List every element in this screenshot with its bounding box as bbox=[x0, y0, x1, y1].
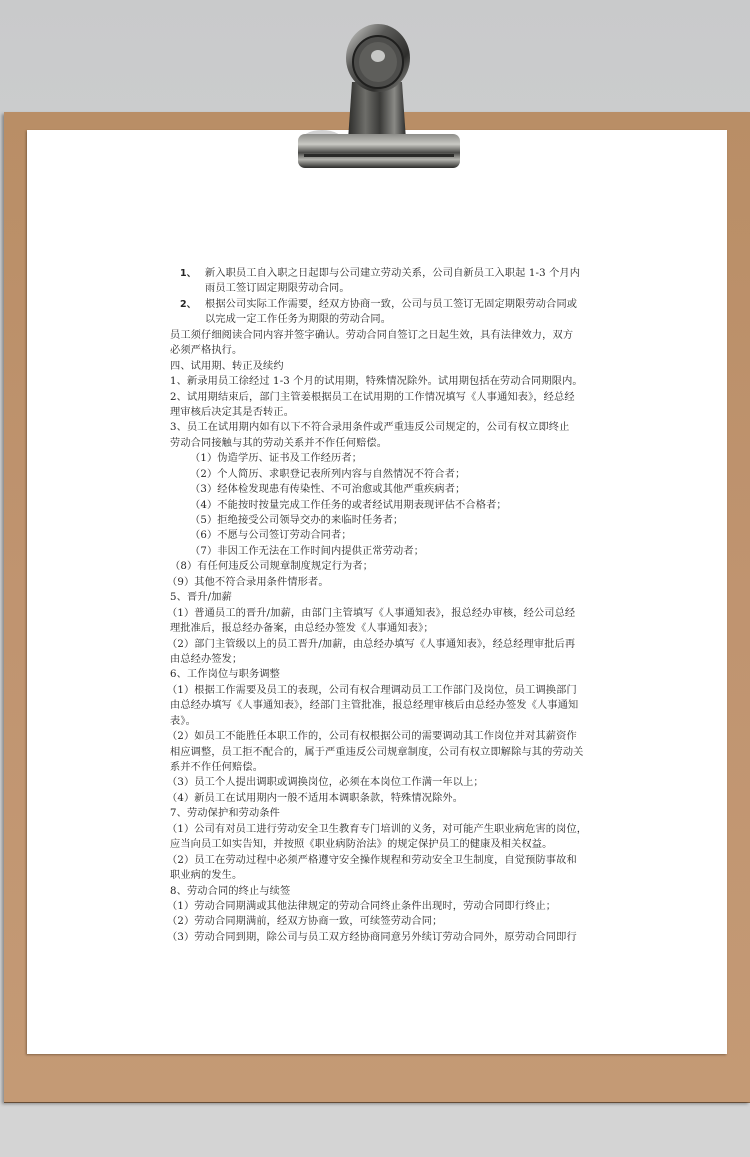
paragraph-line: 相应调整，员工拒不配合的，属于严重违反公司规章制度，公司有权立即解除与其的劳动关 bbox=[165, 745, 585, 760]
section-heading: 5、晋升/加薪 bbox=[165, 590, 585, 605]
document-content: 1、 新入职员工自入职之日起即与公司建立劳动关系，公司自新员工入职起 1-3 个… bbox=[165, 266, 585, 945]
paragraph-line: （2）如员工不能胜任本职工作的，公司有权根据公司的需要调动其工作岗位并对其薪资作 bbox=[165, 729, 585, 744]
paragraph-line: 由总经办签发； bbox=[165, 652, 585, 667]
condition-item: （7）非因工作无法在工作时间内提供正常劳动者； bbox=[165, 544, 585, 559]
binder-clip-icon bbox=[292, 22, 462, 170]
condition-item: （2）个人简历、求职登记表所列内容与自然情况不符合者； bbox=[165, 467, 585, 482]
paragraph-line: （2）员工在劳动过程中必须严格遵守安全操作规程和劳动安全卫生制度，自觉预防事故和 bbox=[165, 853, 585, 868]
paragraph-line: 应当向员工如实告知，并按照《职业病防治法》的规定保护员工的健康及相关权益。 bbox=[165, 837, 585, 852]
condition-item: （5）拒绝接受公司领导交办的来临时任务者； bbox=[165, 513, 585, 528]
condition-item: （9）其他不符合录用条件情形者。 bbox=[165, 575, 585, 590]
item-number: 2、 bbox=[165, 297, 205, 328]
section-heading: 6、工作岗位与职务调整 bbox=[165, 667, 585, 682]
section-heading: 7、劳动保护和劳动条件 bbox=[165, 806, 585, 821]
condition-item: （4）不能按时按量完成工作任务的或者经试用期表现评估不合格者； bbox=[165, 498, 585, 513]
paragraph-line: 理批准后，报总经办备案，由总经办签发《人事通知表》； bbox=[165, 621, 585, 636]
paragraph-line: 1、新录用员工徐经过 1-3 个月的试用期，特殊情况除外。试用期包括在劳动合同期… bbox=[165, 374, 585, 389]
intro-note: 员工须仔细阅读合同内容并签字确认。劳动合同自签订之日起生效，具有法律效力，双方 bbox=[165, 328, 585, 343]
section-heading: 四、试用期、转正及续约 bbox=[165, 359, 585, 374]
text-line: 以完成一定工作任务为期限的劳动合同。 bbox=[205, 312, 577, 327]
section-heading: 8、劳动合同的终止与续签 bbox=[165, 884, 585, 899]
text-line: 根据公司实际工作需要，经双方协商一致，公司与员工签订无固定期限劳动合同或 bbox=[205, 297, 577, 312]
paragraph-line: （1）劳动合同期满或其他法律规定的劳动合同终止条件出现时，劳动合同即行终止； bbox=[165, 899, 585, 914]
paragraph-line: 由总经办填写《人事通知表》，经部门主管批准，报总经理审核后由总经办签发《人事通知 bbox=[165, 698, 585, 713]
paragraph-line: 表》。 bbox=[165, 714, 585, 729]
paragraph-line: （1）普通员工的晋升/加薪，由部门主管填写《人事通知表》，报总经办审核，经公司总… bbox=[165, 606, 585, 621]
paragraph-line: （3）劳动合同到期，除公司与员工双方经协商同意另外续订劳动合同外，原劳动合同即行 bbox=[165, 930, 585, 945]
paragraph-line: 职业病的发生。 bbox=[165, 868, 585, 883]
condition-item: （3）经体检发现患有传染性、不可治愈或其他严重疾病者； bbox=[165, 482, 585, 497]
condition-item: （6）不愿与公司签订劳动合同者； bbox=[165, 528, 585, 543]
paragraph-line: （1）根据工作需要及员工的表现，公司有权合理调动员工工作部门及岗位，员工调换部门 bbox=[165, 683, 585, 698]
paragraph-line: （3）员工个人提出调职或调换岗位，必须在本岗位工作满一年以上； bbox=[165, 775, 585, 790]
intro-item-2: 2、 根据公司实际工作需要，经双方协商一致，公司与员工签订无固定期限劳动合同或 … bbox=[165, 297, 585, 328]
paragraph-line: （2）劳动合同期满前，经双方协商一致，可续签劳动合同； bbox=[165, 914, 585, 929]
paragraph-line: 劳动合同接触与其的劳动关系并不作任何赔偿。 bbox=[165, 436, 585, 451]
paragraph-line: 系并不作任何赔偿。 bbox=[165, 760, 585, 775]
condition-item: （1）伪造学历、证书及工作经历者； bbox=[165, 451, 585, 466]
intro-item-1: 1、 新入职员工自入职之日起即与公司建立劳动关系，公司自新员工入职起 1-3 个… bbox=[165, 266, 585, 297]
intro-note: 必须严格执行。 bbox=[165, 343, 585, 358]
paragraph-line: （1）公司有对员工进行劳动安全卫生教育专门培训的义务，对可能产生职业病危害的岗位… bbox=[165, 822, 585, 837]
paragraph-line: 3、员工在试用期内如有以下不符合录用条件或严重违反公司规定的，公司有权立即终止 bbox=[165, 420, 585, 435]
text-line: 雨员工签订固定期限劳动合同。 bbox=[205, 281, 580, 296]
paragraph-line: 理审核后决定其是否转正。 bbox=[165, 405, 585, 420]
paragraph-line: （2）部门主管级以上的员工晋升/加薪，由总经办填写《人事通知表》，经总经理审批后… bbox=[165, 637, 585, 652]
text-line: 新入职员工自入职之日起即与公司建立劳动关系，公司自新员工入职起 1-3 个月内 bbox=[205, 266, 580, 281]
paragraph-line: 2、试用期结束后，部门主管姜根据员工在试用期的工作情况填写《人事通知表》，经总经 bbox=[165, 390, 585, 405]
paragraph-line: （4）新员工在试用期内一般不适用本调职条款，特殊情况除外。 bbox=[165, 791, 585, 806]
item-number: 1、 bbox=[165, 266, 205, 297]
condition-item: （8）有任何违反公司规章制度规定行为者； bbox=[165, 559, 585, 574]
